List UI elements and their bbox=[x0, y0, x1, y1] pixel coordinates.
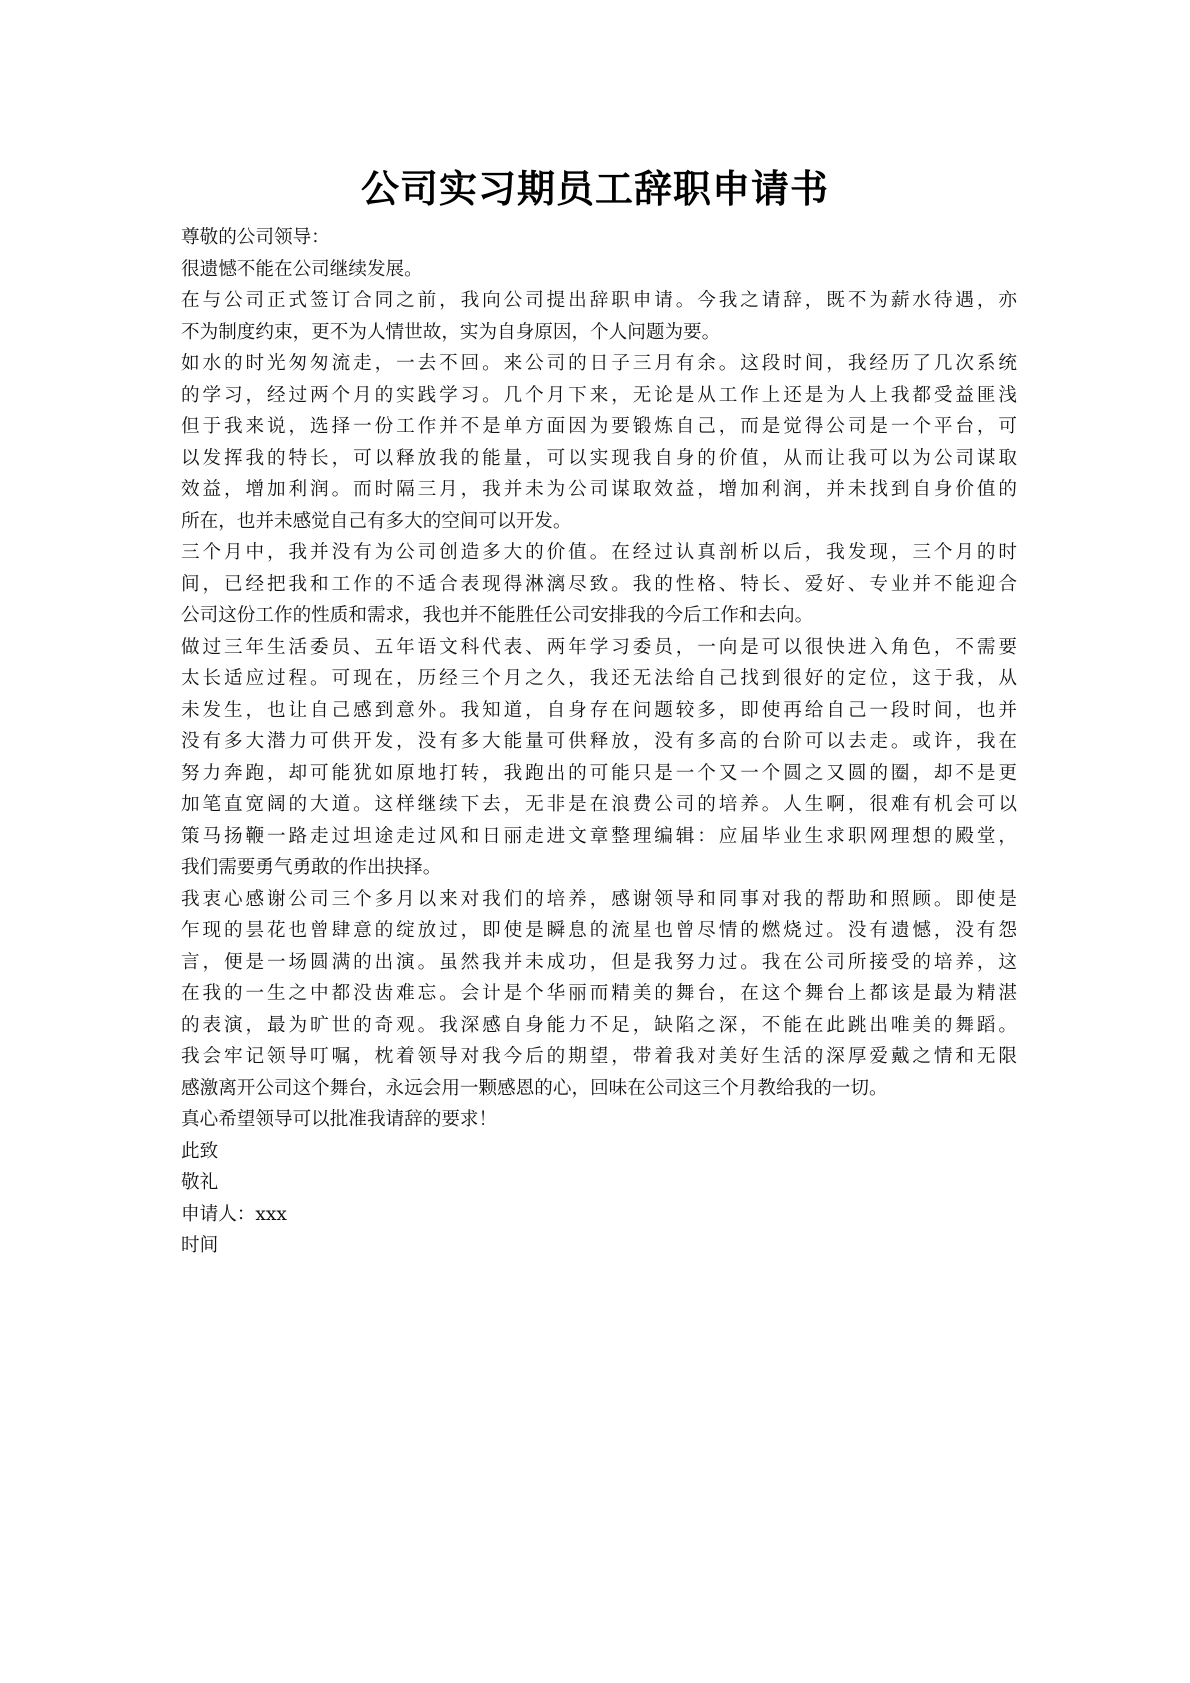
document-body: 尊敬的公司领导：很遗憾不能在公司继续发展。在与公司正式签订合同之前，我向公司提出… bbox=[181, 222, 1017, 1262]
text-line: 在我的一生之中都没齿难忘。会计是个华丽而精美的舞台，在这个舞台上都该是最为精湛 bbox=[181, 978, 1017, 1010]
text-line: 的表演，最为旷世的奇观。我深感自身能力不足，缺陷之深，不能在此跳出唯美的舞蹈。 bbox=[181, 1010, 1017, 1042]
text-line: 以发挥我的特长，可以释放我的能量，可以实现我自身的价值，从而让我可以为公司谋取 bbox=[181, 443, 1017, 475]
text-line: 很遗憾不能在公司继续发展。 bbox=[181, 254, 1017, 286]
text-line: 我们需要勇气勇敢的作出抉择。 bbox=[181, 852, 1017, 884]
text-line: 策马扬鞭一路走过坦途走过风和日丽走进文章整理编辑：应届毕业生求职网理想的殿堂， bbox=[181, 821, 1017, 853]
text-line: 的学习，经过两个月的实践学习。几个月下来，无论是从工作上还是为人上我都受益匪浅 bbox=[181, 380, 1017, 412]
text-line: 但于我来说，选择一份工作并不是单方面因为要锻炼自己，而是觉得公司是一个平台，可 bbox=[181, 411, 1017, 443]
text-line: 乍现的昙花也曾肆意的绽放过，即使是瞬息的流星也曾尽情的燃烧过。没有遗憾，没有怨 bbox=[181, 915, 1017, 947]
document-title: 公司实习期员工辞职申请书 bbox=[0, 166, 1190, 212]
text-line: 加笔直宽阔的大道。这样继续下去，无非是在浪费公司的培养。人生啊，很难有机会可以 bbox=[181, 789, 1017, 821]
text-line: 三个月中，我并没有为公司创造多大的价值。在经过认真剖析以后，我发现，三个月的时 bbox=[181, 537, 1017, 569]
text-line: 如水的时光匆匆流走，一去不回。来公司的日子三月有余。这段时间，我经历了几次系统 bbox=[181, 348, 1017, 380]
document-page: 公司实习期员工辞职申请书 尊敬的公司领导：很遗憾不能在公司继续发展。在与公司正式… bbox=[0, 0, 1190, 1683]
text-line: 间，已经把我和工作的不适合表现得淋漓尽致。我的性格、特长、爱好、专业并不能迎合 bbox=[181, 569, 1017, 601]
text-line: 太长适应过程。可现在，历经三个月之久，我还无法给自己找到很好的定位，这于我，从 bbox=[181, 663, 1017, 695]
text-line: 言，便是一场圆满的出演。虽然我并未成功，但是我努力过。我在公司所接受的培养，这 bbox=[181, 947, 1017, 979]
text-line: 我衷心感谢公司三个多月以来对我们的培养，感谢领导和同事对我的帮助和照顾。即使是 bbox=[181, 884, 1017, 916]
text-line: 没有多大潜力可供开发，没有多大能量可供释放，没有多高的台阶可以去走。或许，我在 bbox=[181, 726, 1017, 758]
text-line: 真心希望领导可以批准我请辞的要求！ bbox=[181, 1104, 1017, 1136]
text-line: 不为制度约束，更不为人情世故，实为自身原因，个人问题为要。 bbox=[181, 317, 1017, 349]
text-line: 所在，也并未感觉自己有多大的空间可以开发。 bbox=[181, 506, 1017, 538]
text-line: 做过三年生活委员、五年语文科代表、两年学习委员，一向是可以很快进入角色，不需要 bbox=[181, 632, 1017, 664]
text-line: 在与公司正式签订合同之前，我向公司提出辞职申请。今我之请辞，既不为薪水待遇，亦 bbox=[181, 285, 1017, 317]
text-line: 此致 bbox=[181, 1136, 1017, 1168]
text-line: 申请人：xxx bbox=[181, 1199, 1017, 1231]
text-line: 尊敬的公司领导： bbox=[181, 222, 1017, 254]
text-line: 效益，增加利润。而时隔三月，我并未为公司谋取效益，增加利润，并未找到自身价值的 bbox=[181, 474, 1017, 506]
text-line: 未发生，也让自己感到意外。我知道，自身存在问题较多，即使再给自己一段时间，也并 bbox=[181, 695, 1017, 727]
text-line: 努力奔跑，却可能犹如原地打转，我跑出的可能只是一个又一个圆之又圆的圈，却不是更 bbox=[181, 758, 1017, 790]
text-line: 敬礼 bbox=[181, 1167, 1017, 1199]
text-line: 感激离开公司这个舞台，永远会用一颗感恩的心，回味在公司这三个月教给我的一切。 bbox=[181, 1073, 1017, 1105]
text-line: 我会牢记领导叮嘱，枕着领导对我今后的期望，带着我对美好生活的深厚爱戴之情和无限 bbox=[181, 1041, 1017, 1073]
text-line: 公司这份工作的性质和需求，我也并不能胜任公司安排我的今后工作和去向。 bbox=[181, 600, 1017, 632]
text-line: 时间 bbox=[181, 1230, 1017, 1262]
